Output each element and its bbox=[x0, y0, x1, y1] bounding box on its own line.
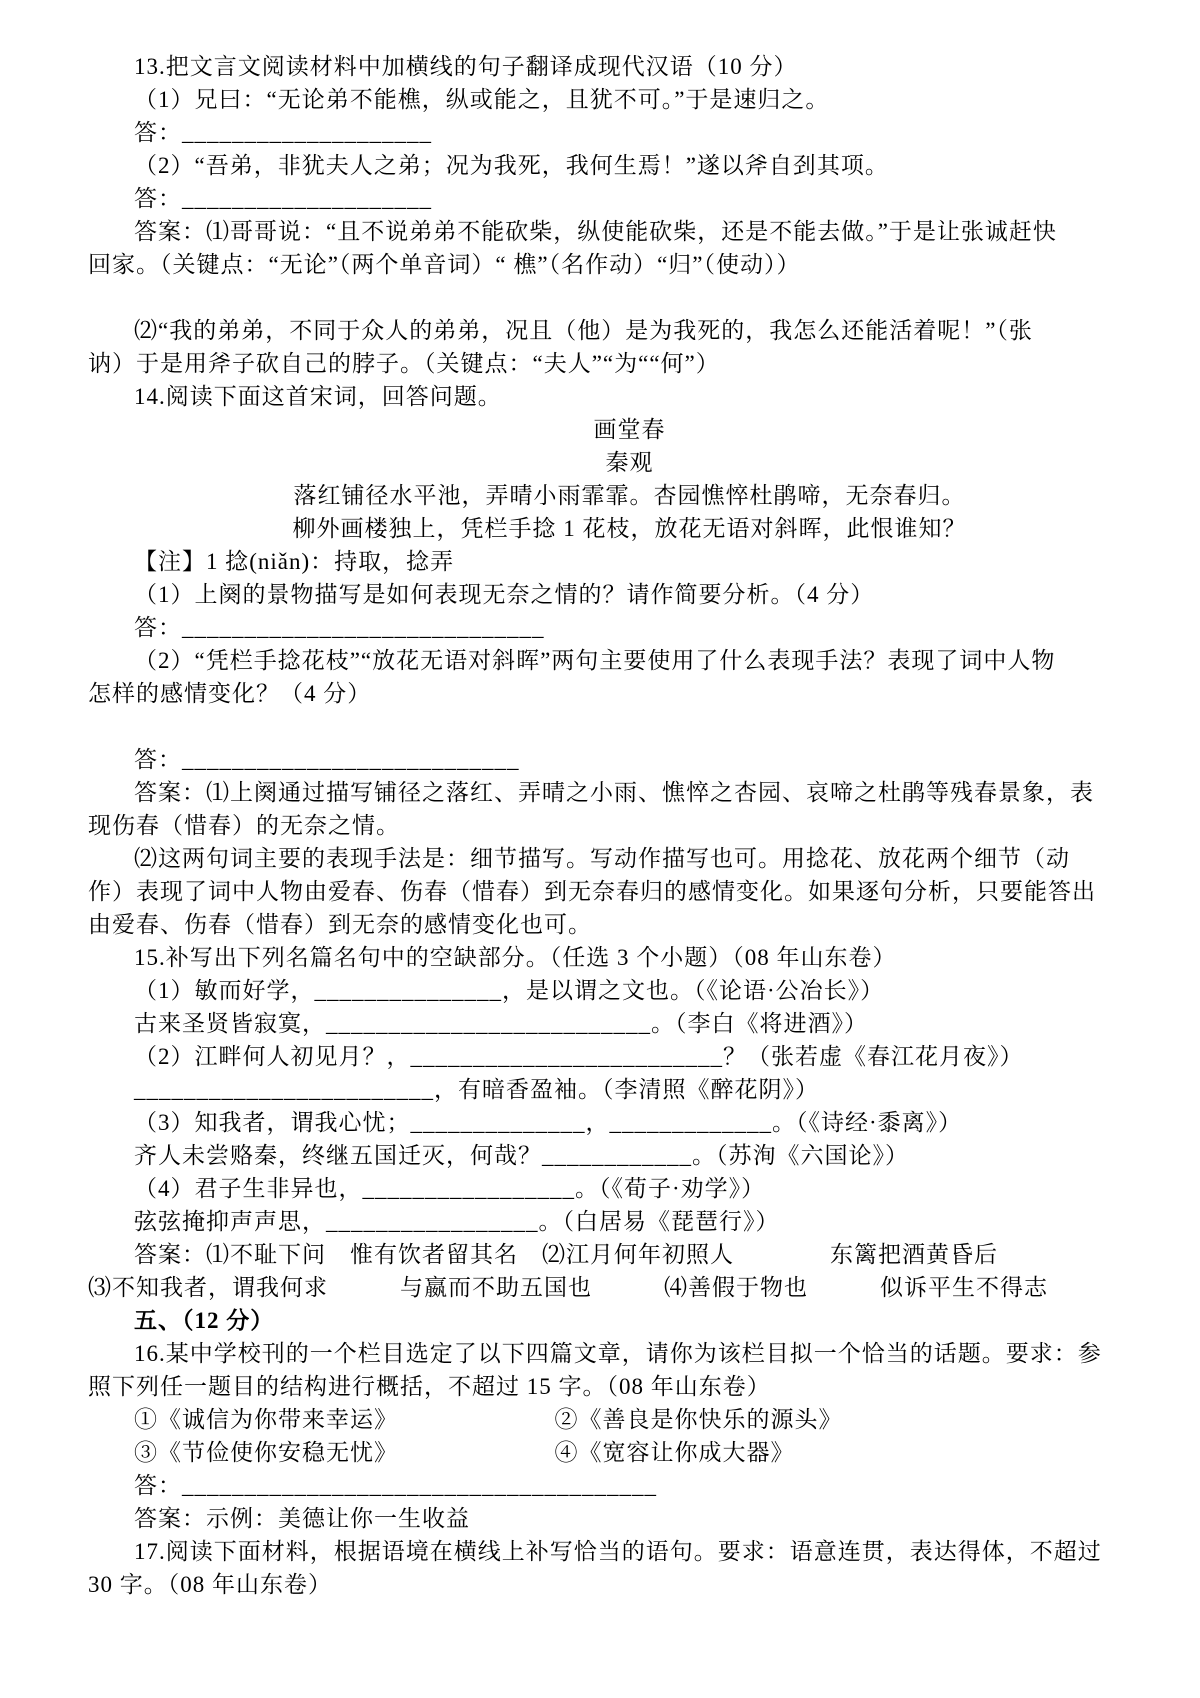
doc-line: （2）江畔何人初见月？，_________________________？（张… bbox=[88, 1040, 1116, 1073]
blank-line bbox=[88, 281, 1116, 314]
exam-document-page: 13.把文言文阅读材料中加横线的句子翻译成现代汉语（10 分）（1）兄曰：“无论… bbox=[0, 0, 1200, 1698]
doc-line: 答案：⑴上阕通过描写铺径之落红、弄晴之小雨、憔悴之杏园、哀啼之杜鹃等残春景象，表 bbox=[88, 776, 1116, 809]
doc-line: 答案：⑴哥哥说：“且不说弟弟不能砍柴，纵使能砍柴，还是不能去做。”于是让张诚赶快 bbox=[88, 215, 1116, 248]
doc-line: 答案：示例：美德让你一生收益 bbox=[88, 1502, 1116, 1535]
doc-line: 答：___________________________ bbox=[88, 743, 1116, 776]
doc-line: 怎样的感情变化？（4 分） bbox=[88, 677, 1116, 710]
doc-line: 回家。（关键点：“无论”（两个单音词）“ 樵”（名作动）“归”（使动）） bbox=[88, 248, 1116, 281]
doc-line: 讷）于是用斧子砍自己的脖子。（关键点：“夫人”“为““何”） bbox=[88, 347, 1116, 380]
doc-line: 答：______________________________________ bbox=[88, 1469, 1116, 1502]
doc-line: 弦弦掩抑声声思，_________________。（白居易《琵琶行》） bbox=[88, 1205, 1116, 1238]
doc-line: 画堂春 bbox=[88, 413, 1116, 446]
doc-line: ①《诚信为你带来幸运》 ②《善良是你快乐的源头》 bbox=[88, 1403, 1116, 1436]
doc-line: （1）兄曰：“无论弟不能樵，纵或能之，且犹不可。”于是速归之。 bbox=[88, 83, 1116, 116]
doc-line: 落红铺径水平池，弄晴小雨霏霏。杏园憔悴杜鹃啼，无奈春归。 bbox=[88, 479, 1116, 512]
doc-line: 13.把文言文阅读材料中加横线的句子翻译成现代汉语（10 分） bbox=[88, 50, 1116, 83]
doc-line: （1）上阕的景物描写是如何表现无奈之情的？请作简要分析。（4 分） bbox=[88, 578, 1116, 611]
doc-line: 30 字。（08 年山东卷） bbox=[88, 1568, 1116, 1601]
doc-line: 17.阅读下面材料，根据语境在横线上补写恰当的语句。要求：语意连贯，表达得体，不… bbox=[88, 1535, 1116, 1568]
doc-line: 答案：⑴不耻下问 惟有饮者留其名 ⑵江月何年初照人 东篱把酒黄昏后 bbox=[88, 1238, 1116, 1271]
doc-line: ________________________，有暗香盈袖。（李清照《醉花阴》… bbox=[88, 1073, 1116, 1106]
doc-line: （2）“吾弟，非犹夫人之弟；况为我死，我何生焉！”遂以斧自刭其项。 bbox=[88, 149, 1116, 182]
doc-line: 齐人未尝赂秦，终继五国迁灭，何哉？____________。（苏洵《六国论》） bbox=[88, 1139, 1116, 1172]
doc-line: ③《节俭使你安稳无忧》 ④《宽容让你成大器》 bbox=[88, 1436, 1116, 1469]
doc-line: 16.某中学校刊的一个栏目选定了以下四篇文章，请你为该栏目拟一个恰当的话题。要求… bbox=[88, 1337, 1116, 1370]
doc-line: 柳外画楼独上，凭栏手捻 1 花枝，放花无语对斜晖，此恨谁知？ bbox=[88, 512, 1116, 545]
doc-line: 现伤春（惜春）的无奈之情。 bbox=[88, 809, 1116, 842]
doc-line: 照下列任一题目的结构进行概括，不超过 15 字。（08 年山东卷） bbox=[88, 1370, 1116, 1403]
doc-line: （2）“凭栏手捻花枝”“放花无语对斜晖”两句主要使用了什么表现手法？表现了词中人… bbox=[88, 644, 1116, 677]
doc-line: 古来圣贤皆寂寞，__________________________。（李白《将… bbox=[88, 1007, 1116, 1040]
doc-line: 五、（12 分） bbox=[88, 1304, 1116, 1337]
blank-line bbox=[88, 710, 1116, 743]
doc-line: 答：____________________ bbox=[88, 182, 1116, 215]
doc-line: （4）君子生非异也，_________________。（《荀子·劝学》） bbox=[88, 1172, 1116, 1205]
doc-line: 14.阅读下面这首宋词，回答问题。 bbox=[88, 380, 1116, 413]
doc-line: 15.补写出下列名篇名句中的空缺部分。（任选 3 个小题）（08 年山东卷） bbox=[88, 941, 1116, 974]
doc-line: （3）知我者，谓我心忧；______________，_____________… bbox=[88, 1106, 1116, 1139]
doc-line: 作）表现了词中人物由爱春、伤春（惜春）到无奈春归的感情变化。如果逐句分析，只要能… bbox=[88, 875, 1116, 908]
doc-line: （1）敏而好学，_______________，是以谓之文也。（《论语·公冶长》… bbox=[88, 974, 1116, 1007]
doc-line: 【注】1 捻(niǎn)：持取，捻弄 bbox=[88, 545, 1116, 578]
doc-line: ⑵“我的弟弟，不同于众人的弟弟，况且（他）是为我死的，我怎么还能活着呢！”（张 bbox=[88, 314, 1116, 347]
doc-line: ⑵这两句词主要的表现手法是：细节描写。写动作描写也可。用捻花、放花两个细节（动 bbox=[88, 842, 1116, 875]
doc-line: ⑶不知我者，谓我何求 与嬴而不助五国也 ⑷善假于物也 似诉平生不得志 bbox=[88, 1271, 1116, 1304]
doc-line: 答：____________________ bbox=[88, 116, 1116, 149]
doc-line: 答：_____________________________ bbox=[88, 611, 1116, 644]
doc-line: 由爱春、伤春（惜春）到无奈的感情变化也可。 bbox=[88, 908, 1116, 941]
doc-line: 秦观 bbox=[88, 446, 1116, 479]
